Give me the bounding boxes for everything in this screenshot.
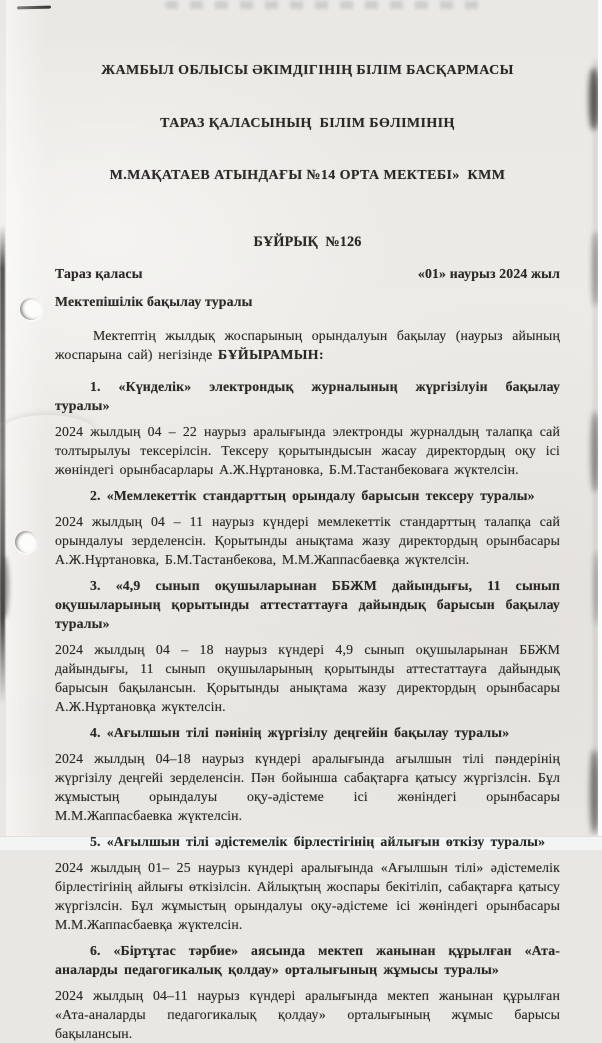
section-1-body: 2024 жылдың 04 – 22 наурыз аралығында эл… [55,422,560,479]
order-title: БҰЙРЫҚ №126 [55,234,560,251]
city-date-row: Тараз қаласы «01» наурыз 2024 жыл [55,266,560,282]
section-3-heading: 3. «4,9 сынып оқушыларынан ББЖМ дайындығ… [55,576,560,633]
punch-hole [20,298,42,320]
document-body: ЖАМБЫЛ ОБЛЫСЫ ӘКІМДІГІНІҢ БІЛІМ БАСҚАРМА… [55,0,560,850]
scanned-document-page: ЖАМБЫЛ ОБЛЫСЫ ӘКІМДІГІНІҢ БІЛІМ БАСҚАРМА… [0,0,602,850]
intro-paragraph: Мектептің жылдық жоспарының орындалуын б… [55,326,560,364]
scan-right-edge-line [594,60,597,825]
section-4-body: 2024 жылдың 04–18 наурыз күндері аралығы… [55,749,560,825]
section-1-heading: 1. «Күнделік» электрондық журналының жүр… [55,377,560,415]
scan-left-edge-shadow [0,225,5,705]
header-line-department: ТАРАЗ ҚАЛАСЫНЫҢ БІЛІМ БӨЛІМІНІҢ [55,115,560,133]
section-2-body: 2024 жылдың 04 – 11 наурыз күндері мемле… [55,512,560,569]
city-label: Тараз қаласы [55,266,143,282]
section-2-heading: 2. «Мемлекеттік стандарттың орындалу бар… [55,486,560,505]
header-line-region: ЖАМБЫЛ ОБЛЫСЫ ӘКІМДІГІНІҢ БІЛІМ БАСҚАРМА… [55,62,560,80]
order-subject: Мектепішілік бақылау туралы [55,294,560,310]
header-line-school: М.МАҚАТАЕВ АТЫНДАҒЫ №14 ОРТА МЕКТЕБІ» КМ… [55,167,560,185]
scan-right-margin [598,0,602,850]
organization-header: ЖАМБЫЛ ОБЛЫСЫ ӘКІМДІГІНІҢ БІЛІМ БАСҚАРМА… [55,27,560,220]
section-4-heading: 4. «Ағылшын тілі пәнінің жүргізілу деңге… [55,723,560,742]
intro-decree-word: БҰЙЫРАМЫН: [218,347,324,362]
scan-left-edge-blob [0,556,9,618]
section-5-heading: 5. «Ағылшын тілі әдістемелік бірлестігін… [55,832,560,850]
date-label: «01» наурыз 2024 жыл [418,266,560,282]
section-3-body: 2024 жылдың 04 – 18 наурыз күндері 4,9 с… [55,640,560,716]
